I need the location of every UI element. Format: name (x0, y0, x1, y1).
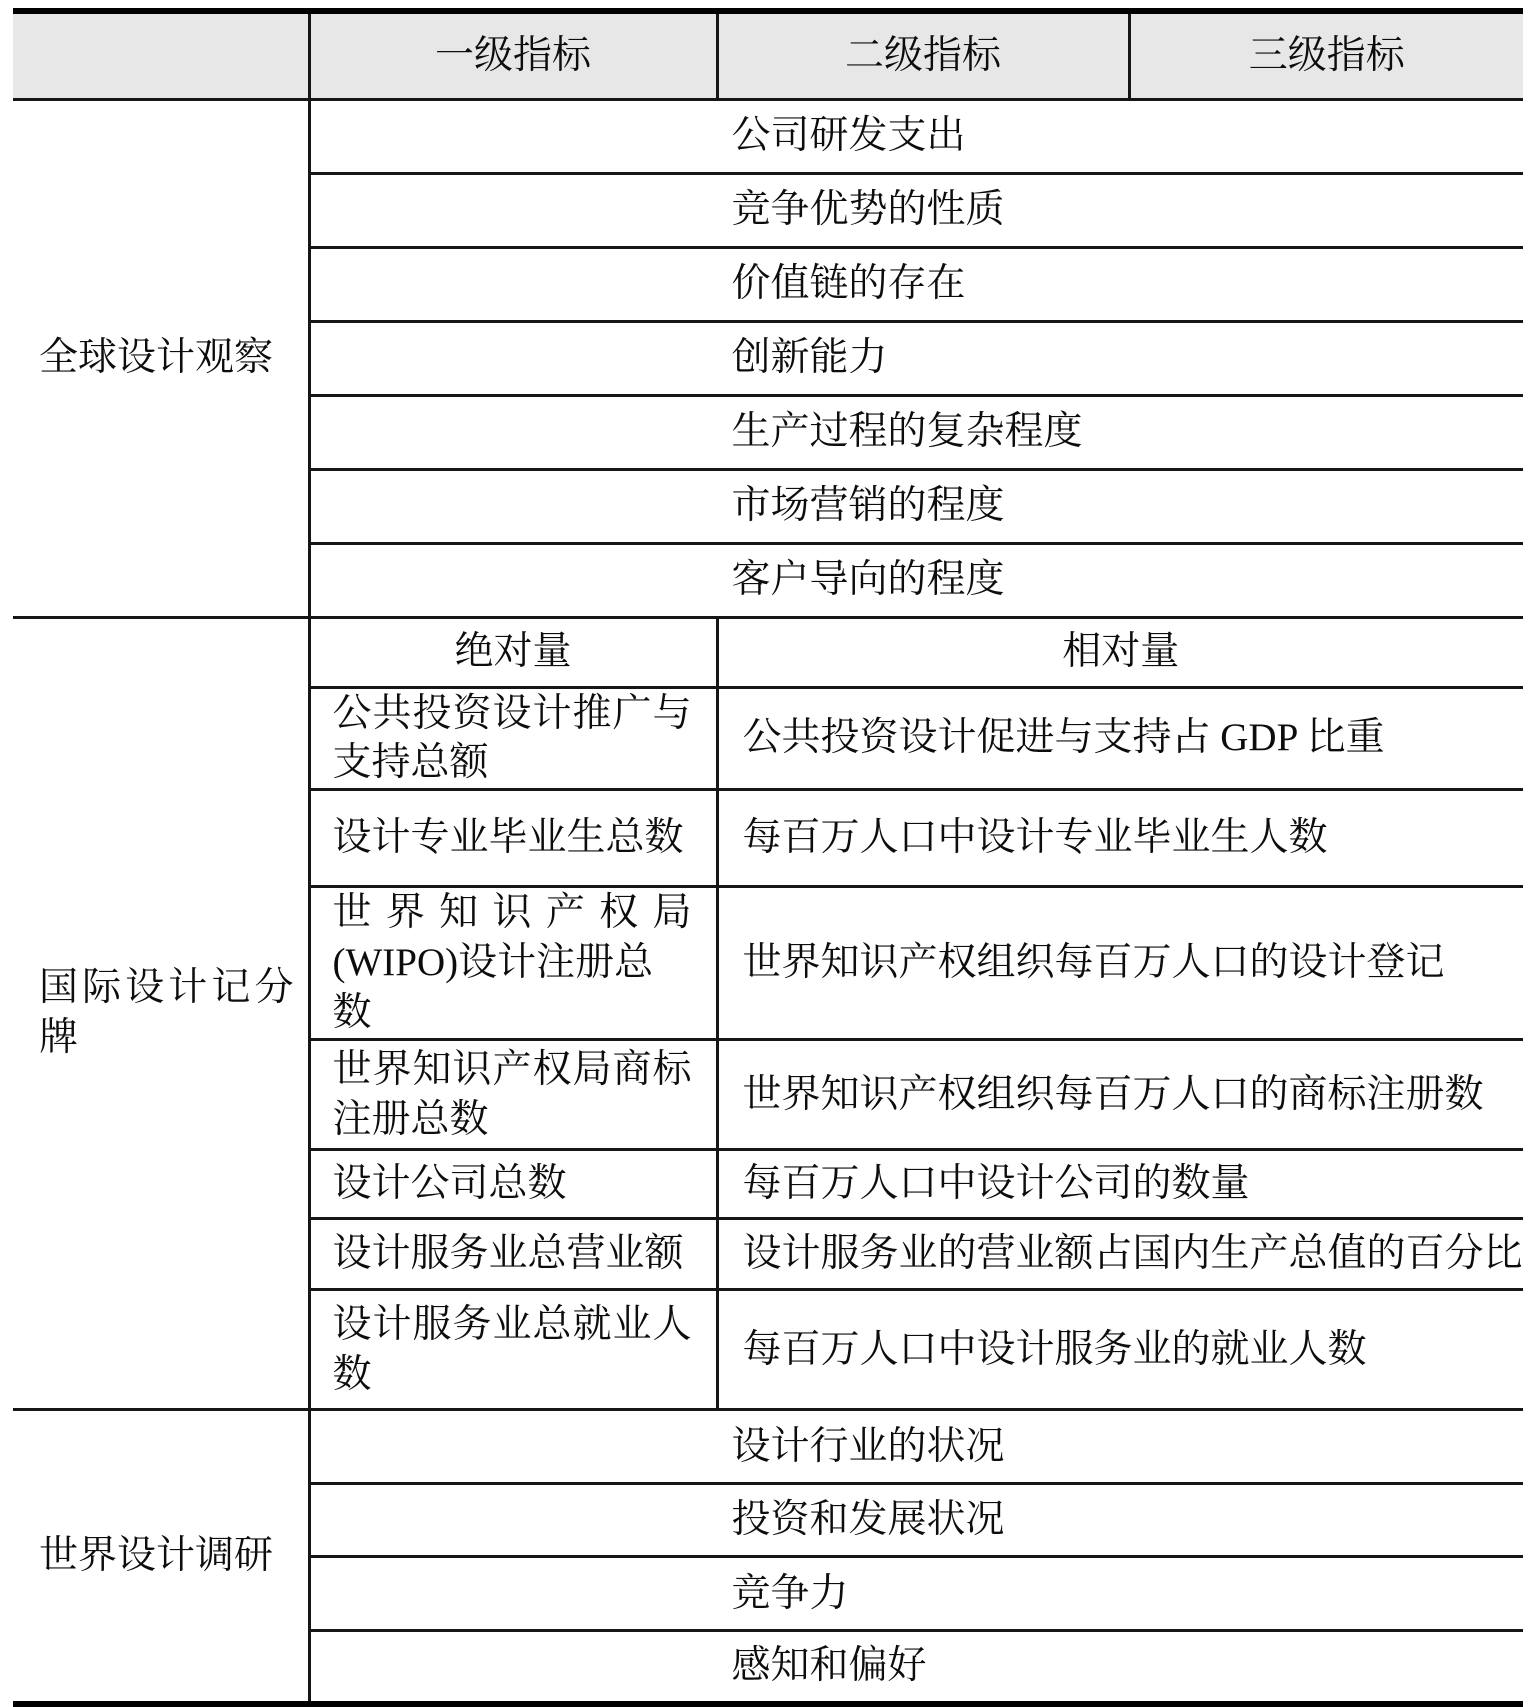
subheader-relative: 相对量 (717, 617, 1523, 687)
indicator-cell: 公司研发支出 (309, 99, 1523, 173)
indicator-cell: 感知和偏好 (309, 1631, 1523, 1704)
absolute-indicator-cell: 公共投资设计推广与 支持总额 (309, 687, 717, 790)
cell-line: 设计服务业总营业额 (333, 1229, 692, 1279)
table-row: 全球设计观察 公司研发支出 (13, 99, 1523, 173)
relative-indicator-cell: 世界知识产权组织每百万人口的商标注册数 (717, 1040, 1523, 1150)
header-cell-level3: 三级指标 (1129, 11, 1523, 99)
relative-indicator-cell: 每百万人口中设计公司的数量 (717, 1150, 1523, 1219)
relative-indicator-cell: 设计服务业的营业额占国内生产总值的百分比 (717, 1219, 1523, 1290)
cell-line: 注册总数 (333, 1095, 692, 1145)
group-label: 全球设计观察 (13, 99, 309, 617)
group-label: 国际设计记分 牌 (13, 617, 309, 1410)
cell-line: 设计服务业总就业人 (333, 1300, 692, 1350)
header-cell-level1: 一级指标 (309, 11, 717, 99)
indicator-cell: 设计行业的状况 (309, 1410, 1523, 1484)
absolute-indicator-cell: 设计服务业总就业人 数 (309, 1290, 717, 1410)
absolute-indicator-cell: 世界知识产权局 (WIPO)设计注册总数 (309, 887, 717, 1040)
relative-indicator-cell: 每百万人口中设计服务业的就业人数 (717, 1290, 1523, 1410)
group-label-line: 国际设计记分 (39, 963, 294, 1013)
cell-line: 数 (333, 1350, 692, 1400)
indicator-cell: 生产过程的复杂程度 (309, 395, 1523, 469)
group-label-line: 牌 (39, 1013, 294, 1063)
relative-indicator-cell: 每百万人口中设计专业毕业生人数 (717, 790, 1523, 887)
table-row: 世界设计调研 设计行业的状况 (13, 1410, 1523, 1484)
absolute-indicator-cell: 设计专业毕业生总数 (309, 790, 717, 887)
absolute-indicator-cell: 设计公司总数 (309, 1150, 717, 1219)
cell-line: 支持总额 (333, 738, 692, 788)
absolute-indicator-cell: 世界知识产权局商标 注册总数 (309, 1040, 717, 1150)
relative-indicator-cell: 世界知识产权组织每百万人口的设计登记 (717, 887, 1523, 1040)
cell-line: 设计专业毕业生总数 (333, 813, 692, 863)
absolute-indicator-cell: 设计服务业总营业额 (309, 1219, 717, 1290)
indicator-cell: 竞争力 (309, 1557, 1523, 1631)
cell-line: (WIPO)设计注册总数 (333, 938, 692, 1038)
indicator-table: 一级指标 二级指标 三级指标 全球设计观察 公司研发支出 竞争优势的性质 价值链… (13, 8, 1523, 1707)
indicator-cell: 市场营销的程度 (309, 469, 1523, 543)
table-subheader-row: 国际设计记分 牌 绝对量 相对量 (13, 617, 1523, 687)
cell-line: 设计公司总数 (333, 1159, 692, 1209)
indicator-cell: 投资和发展状况 (309, 1484, 1523, 1557)
table-header-row: 一级指标 二级指标 三级指标 (13, 11, 1523, 99)
indicator-cell: 竞争优势的性质 (309, 173, 1523, 247)
indicator-cell: 创新能力 (309, 321, 1523, 395)
header-cell-blank (13, 11, 309, 99)
subheader-absolute: 绝对量 (309, 617, 717, 687)
cell-line: 世界知识产权局商标 (333, 1045, 692, 1095)
header-cell-level2: 二级指标 (717, 11, 1129, 99)
relative-indicator-cell: 公共投资设计促进与支持占 GDP 比重 (717, 687, 1523, 790)
group-label: 世界设计调研 (13, 1410, 309, 1704)
cell-line: 公共投资设计推广与 (333, 689, 692, 739)
indicator-cell: 客户导向的程度 (309, 543, 1523, 617)
cell-line: 世界知识产权局 (333, 888, 692, 938)
document-page: 一级指标 二级指标 三级指标 全球设计观察 公司研发支出 竞争优势的性质 价值链… (0, 0, 1536, 1666)
indicator-cell: 价值链的存在 (309, 247, 1523, 321)
